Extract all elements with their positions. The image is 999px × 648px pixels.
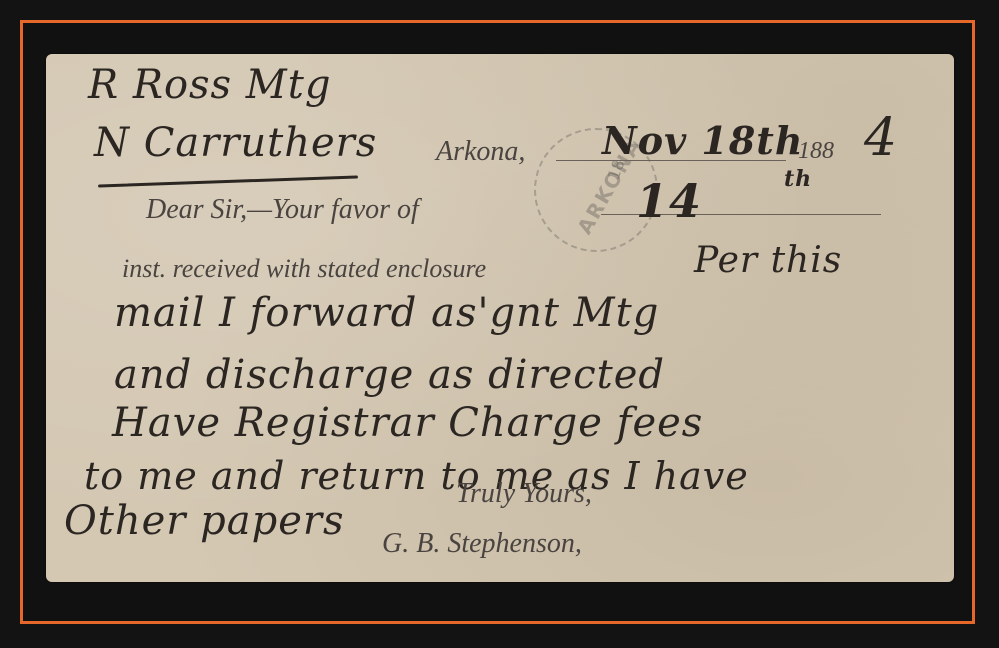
handwritten-year-digit: 4	[864, 108, 898, 168]
handwritten-line-5: Other papers	[64, 498, 345, 544]
handwritten-favor-date: 14	[636, 174, 702, 228]
postcard: ARKONA 18 R Ross Mtg N Carruthers Arkona…	[46, 54, 954, 582]
printed-place: Arkona,	[436, 136, 525, 168]
printed-signature: G. B. Stephenson,	[382, 528, 582, 560]
handwritten-line-2: and discharge as directed	[114, 352, 665, 398]
addressee-underline	[98, 175, 358, 187]
printed-salutation: Dear Sir,—Your favor of	[146, 194, 419, 226]
handwritten-line-1: mail I forward as'gnt Mtg	[114, 290, 659, 336]
handwritten-per-this: Per this	[694, 240, 842, 281]
handwritten-favor-suffix: th	[784, 166, 812, 192]
printed-closing: Truly Yours,	[456, 478, 592, 510]
addressee-line1: R Ross Mtg	[88, 62, 331, 108]
printed-received-line: inst. received with stated enclosure	[122, 254, 486, 284]
handwritten-date: Nov 18th	[602, 118, 803, 163]
handwritten-line-4: to me and return to me as I have	[84, 454, 749, 498]
handwritten-line-3: Have Registrar Charge fees	[112, 400, 703, 446]
addressee-line2: N Carruthers	[94, 120, 377, 166]
printed-year-prefix: 188	[798, 138, 834, 165]
